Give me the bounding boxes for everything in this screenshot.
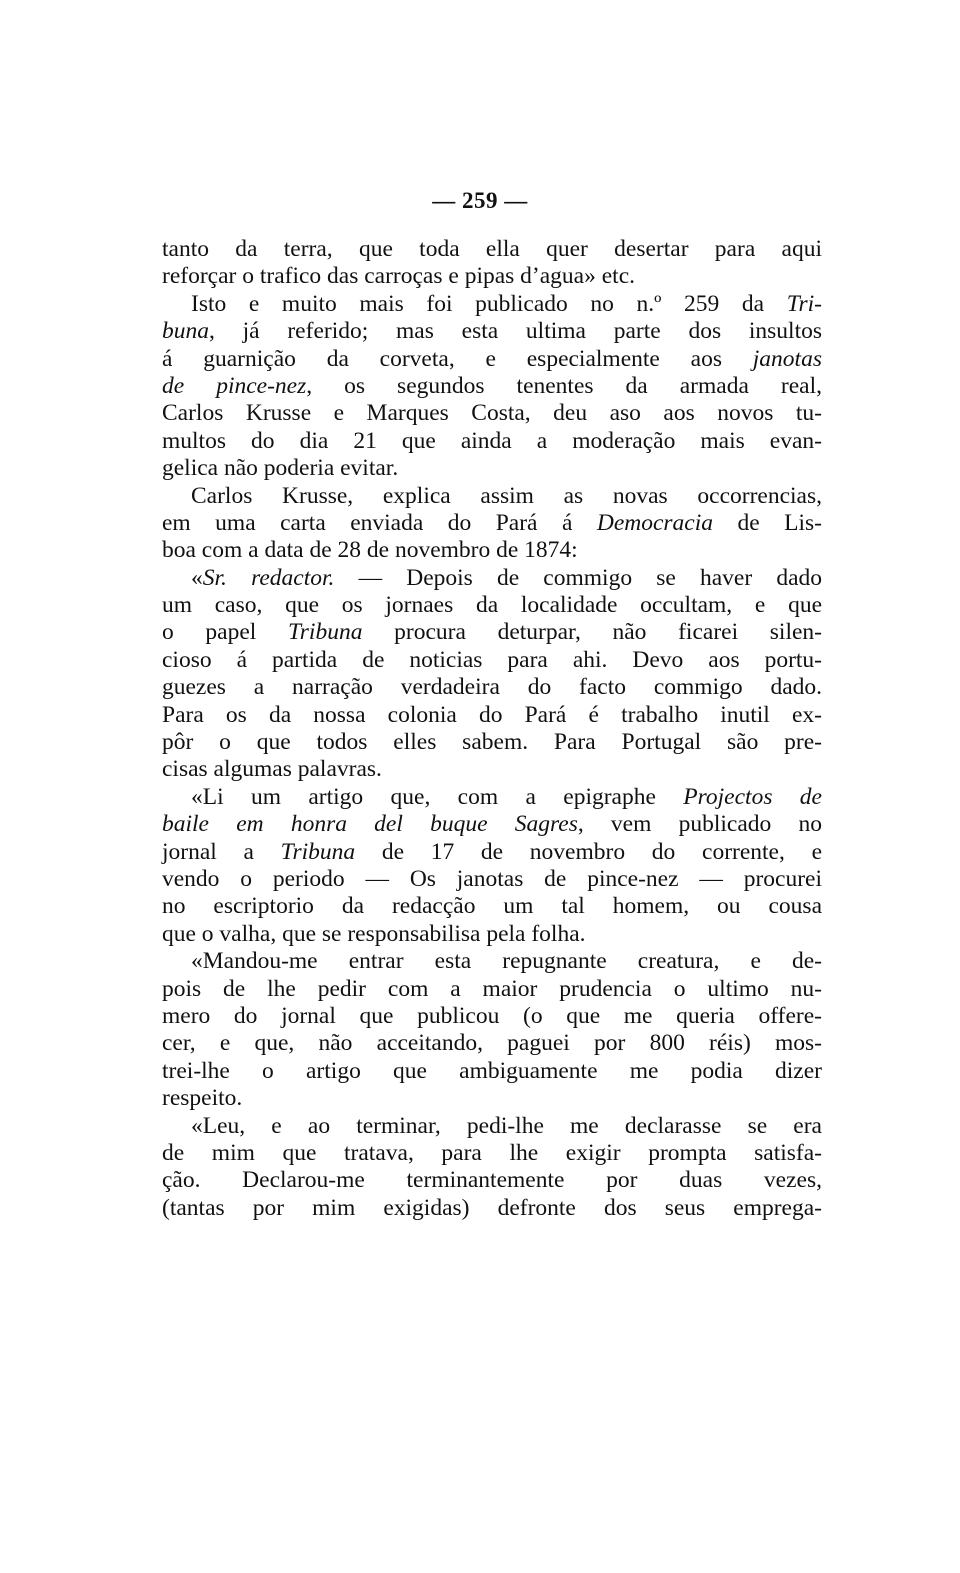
italic-text: Democracia: [597, 510, 713, 536]
text-segment: «Mandou-me entrar esta repugnante creatu…: [191, 948, 822, 974]
text-line: de mim que tratava, para lhe exigir prom…: [162, 1140, 822, 1167]
text-line: vendo o periodo — Os janotas de pince-ne…: [162, 866, 822, 893]
text-segment: cer, e que, não acceitando, paguei por 8…: [162, 1030, 822, 1056]
text-line: ção. Declarou-me terminantemente por dua…: [162, 1167, 822, 1194]
text-line: cioso á partida de noticias para ahi. De…: [162, 647, 822, 674]
text-line: de pince-nez, os segundos tenentes da ar…: [162, 373, 822, 400]
text-line: no escriptorio da redacção um tal homem,…: [162, 893, 822, 920]
italic-text: de pince-nez: [162, 373, 306, 399]
text-line: boa com a data de 28 de novembro de 1874…: [162, 537, 822, 564]
text-segment: cisas algumas palavras.: [162, 756, 382, 782]
text-segment: Para os da nossa colonia do Pará é traba…: [162, 702, 822, 728]
text-line: Para os da nossa colonia do Pará é traba…: [162, 702, 822, 729]
text-line: guezes a narração verdadeira do facto co…: [162, 674, 822, 701]
text-line: trei-lhe o artigo que ambiguamente me po…: [162, 1058, 822, 1085]
body-text: tanto da terra, que toda ella quer deser…: [162, 236, 822, 1222]
text-line: gelica não poderia evitar.: [162, 455, 822, 482]
text-segment: , vem publicado no: [578, 811, 822, 837]
text-segment: Carlos Krusse, explica assim as novas oc…: [191, 483, 822, 509]
text-line: Carlos Krusse e Marques Costa, deu aso a…: [162, 400, 822, 427]
italic-text: buna: [162, 318, 209, 344]
text-line: á guarnição da corveta, e especialmente …: [162, 346, 822, 373]
text-segment: «: [191, 565, 203, 591]
text-segment: o papel: [162, 619, 288, 645]
text-segment: pôr o que todos elles sabem. Para Portug…: [162, 729, 822, 755]
text-segment: no escriptorio da redacção um tal homem,…: [162, 893, 822, 919]
text-line: «Li um artigo que, com a epigraphe Proje…: [162, 784, 822, 811]
text-line: buna, já referido; mas esta ultima parte…: [162, 318, 822, 345]
text-line: em uma carta enviada do Pará á Democraci…: [162, 510, 822, 537]
text-segment: guezes a narração verdadeira do facto co…: [162, 674, 822, 700]
text-line: Isto e muito mais foi publicado no n.º 2…: [162, 291, 822, 318]
text-segment: respeito.: [162, 1085, 242, 1111]
text-line: tanto da terra, que toda ella quer deser…: [162, 236, 822, 263]
text-line: pois de lhe pedir com a maior prudencia …: [162, 976, 822, 1003]
page-number: — 259 —: [0, 188, 960, 214]
text-segment: Isto e muito mais foi publicado no n.º 2…: [191, 291, 787, 317]
text-line: «Mandou-me entrar esta repugnante creatu…: [162, 948, 822, 975]
text-segment: «Leu, e ao terminar, pedi-lhe me declara…: [191, 1113, 822, 1139]
italic-text: Tribuna: [281, 839, 355, 865]
text-segment: de Lis-: [713, 510, 822, 536]
italic-text: baile em honra del buque Sagres: [162, 811, 578, 837]
text-segment: reforçar o trafico das carroças e pipas …: [162, 263, 635, 289]
text-segment: á guarnição da corveta, e especialmente …: [162, 346, 753, 372]
italic-text: Tribuna: [288, 619, 362, 645]
text-segment: cioso á partida de noticias para ahi. De…: [162, 647, 822, 673]
text-segment: gelica não poderia evitar.: [162, 455, 398, 481]
text-segment: trei-lhe o artigo que ambiguamente me po…: [162, 1058, 822, 1084]
text-segment: , os segundos tenentes da armada real,: [306, 373, 822, 399]
text-segment: boa com a data de 28 de novembro de 1874…: [162, 537, 578, 563]
italic-text: Projectos de: [683, 784, 822, 810]
text-segment: Carlos Krusse e Marques Costa, deu aso a…: [162, 400, 822, 426]
text-segment: mero do jornal que publicou (o que me qu…: [162, 1003, 822, 1029]
text-line: respeito.: [162, 1085, 822, 1112]
text-segment: jornal a: [162, 839, 281, 865]
text-line: «Sr. redactor. — Depois de commigo se ha…: [162, 565, 822, 592]
text-segment: vendo o periodo — Os janotas de pince-ne…: [162, 866, 822, 892]
text-segment: multos do dia 21 que ainda a moderação m…: [162, 428, 822, 454]
text-segment: que o valha, que se responsabilisa pela …: [162, 921, 586, 947]
text-line: que o valha, que se responsabilisa pela …: [162, 921, 822, 948]
text-line: multos do dia 21 que ainda a moderação m…: [162, 428, 822, 455]
italic-text: janotas: [753, 346, 822, 372]
book-page: — 259 — tanto da terra, que toda ella qu…: [0, 0, 960, 1573]
text-segment: , já referido; mas esta ultima parte dos…: [209, 318, 822, 344]
text-segment: de 17 de novembro do corrente, e: [355, 839, 822, 865]
text-line: o papel Tribuna procura deturpar, não fi…: [162, 619, 822, 646]
text-line: jornal a Tribuna de 17 de novembro do co…: [162, 839, 822, 866]
text-segment: um caso, que os jornaes da localidade oc…: [162, 592, 822, 618]
text-line: cisas algumas palavras.: [162, 756, 822, 783]
text-segment: pois de lhe pedir com a maior prudencia …: [162, 976, 822, 1002]
text-segment: «Li um artigo que, com a epigraphe: [191, 784, 683, 810]
text-segment: tanto da terra, que toda ella quer deser…: [162, 236, 822, 262]
italic-text: Tri-: [787, 291, 822, 317]
text-segment: — Depois de commigo se haver dado: [334, 565, 822, 591]
text-line: pôr o que todos elles sabem. Para Portug…: [162, 729, 822, 756]
text-line: cer, e que, não acceitando, paguei por 8…: [162, 1030, 822, 1057]
text-line: baile em honra del buque Sagres, vem pub…: [162, 811, 822, 838]
text-segment: em uma carta enviada do Pará á: [162, 510, 597, 536]
text-segment: procura deturpar, não ficarei silen-: [362, 619, 822, 645]
text-segment: (tantas por mim exigidas) defronte dos s…: [162, 1195, 822, 1221]
text-line: mero do jornal que publicou (o que me qu…: [162, 1003, 822, 1030]
text-line: reforçar o trafico das carroças e pipas …: [162, 263, 822, 290]
italic-text: Sr. redactor.: [203, 565, 335, 591]
text-line: «Leu, e ao terminar, pedi-lhe me declara…: [162, 1113, 822, 1140]
text-line: um caso, que os jornaes da localidade oc…: [162, 592, 822, 619]
text-segment: de mim que tratava, para lhe exigir prom…: [162, 1140, 822, 1166]
text-line: (tantas por mim exigidas) defronte dos s…: [162, 1195, 822, 1222]
text-segment: ção. Declarou-me terminantemente por dua…: [162, 1167, 822, 1193]
text-line: Carlos Krusse, explica assim as novas oc…: [162, 483, 822, 510]
